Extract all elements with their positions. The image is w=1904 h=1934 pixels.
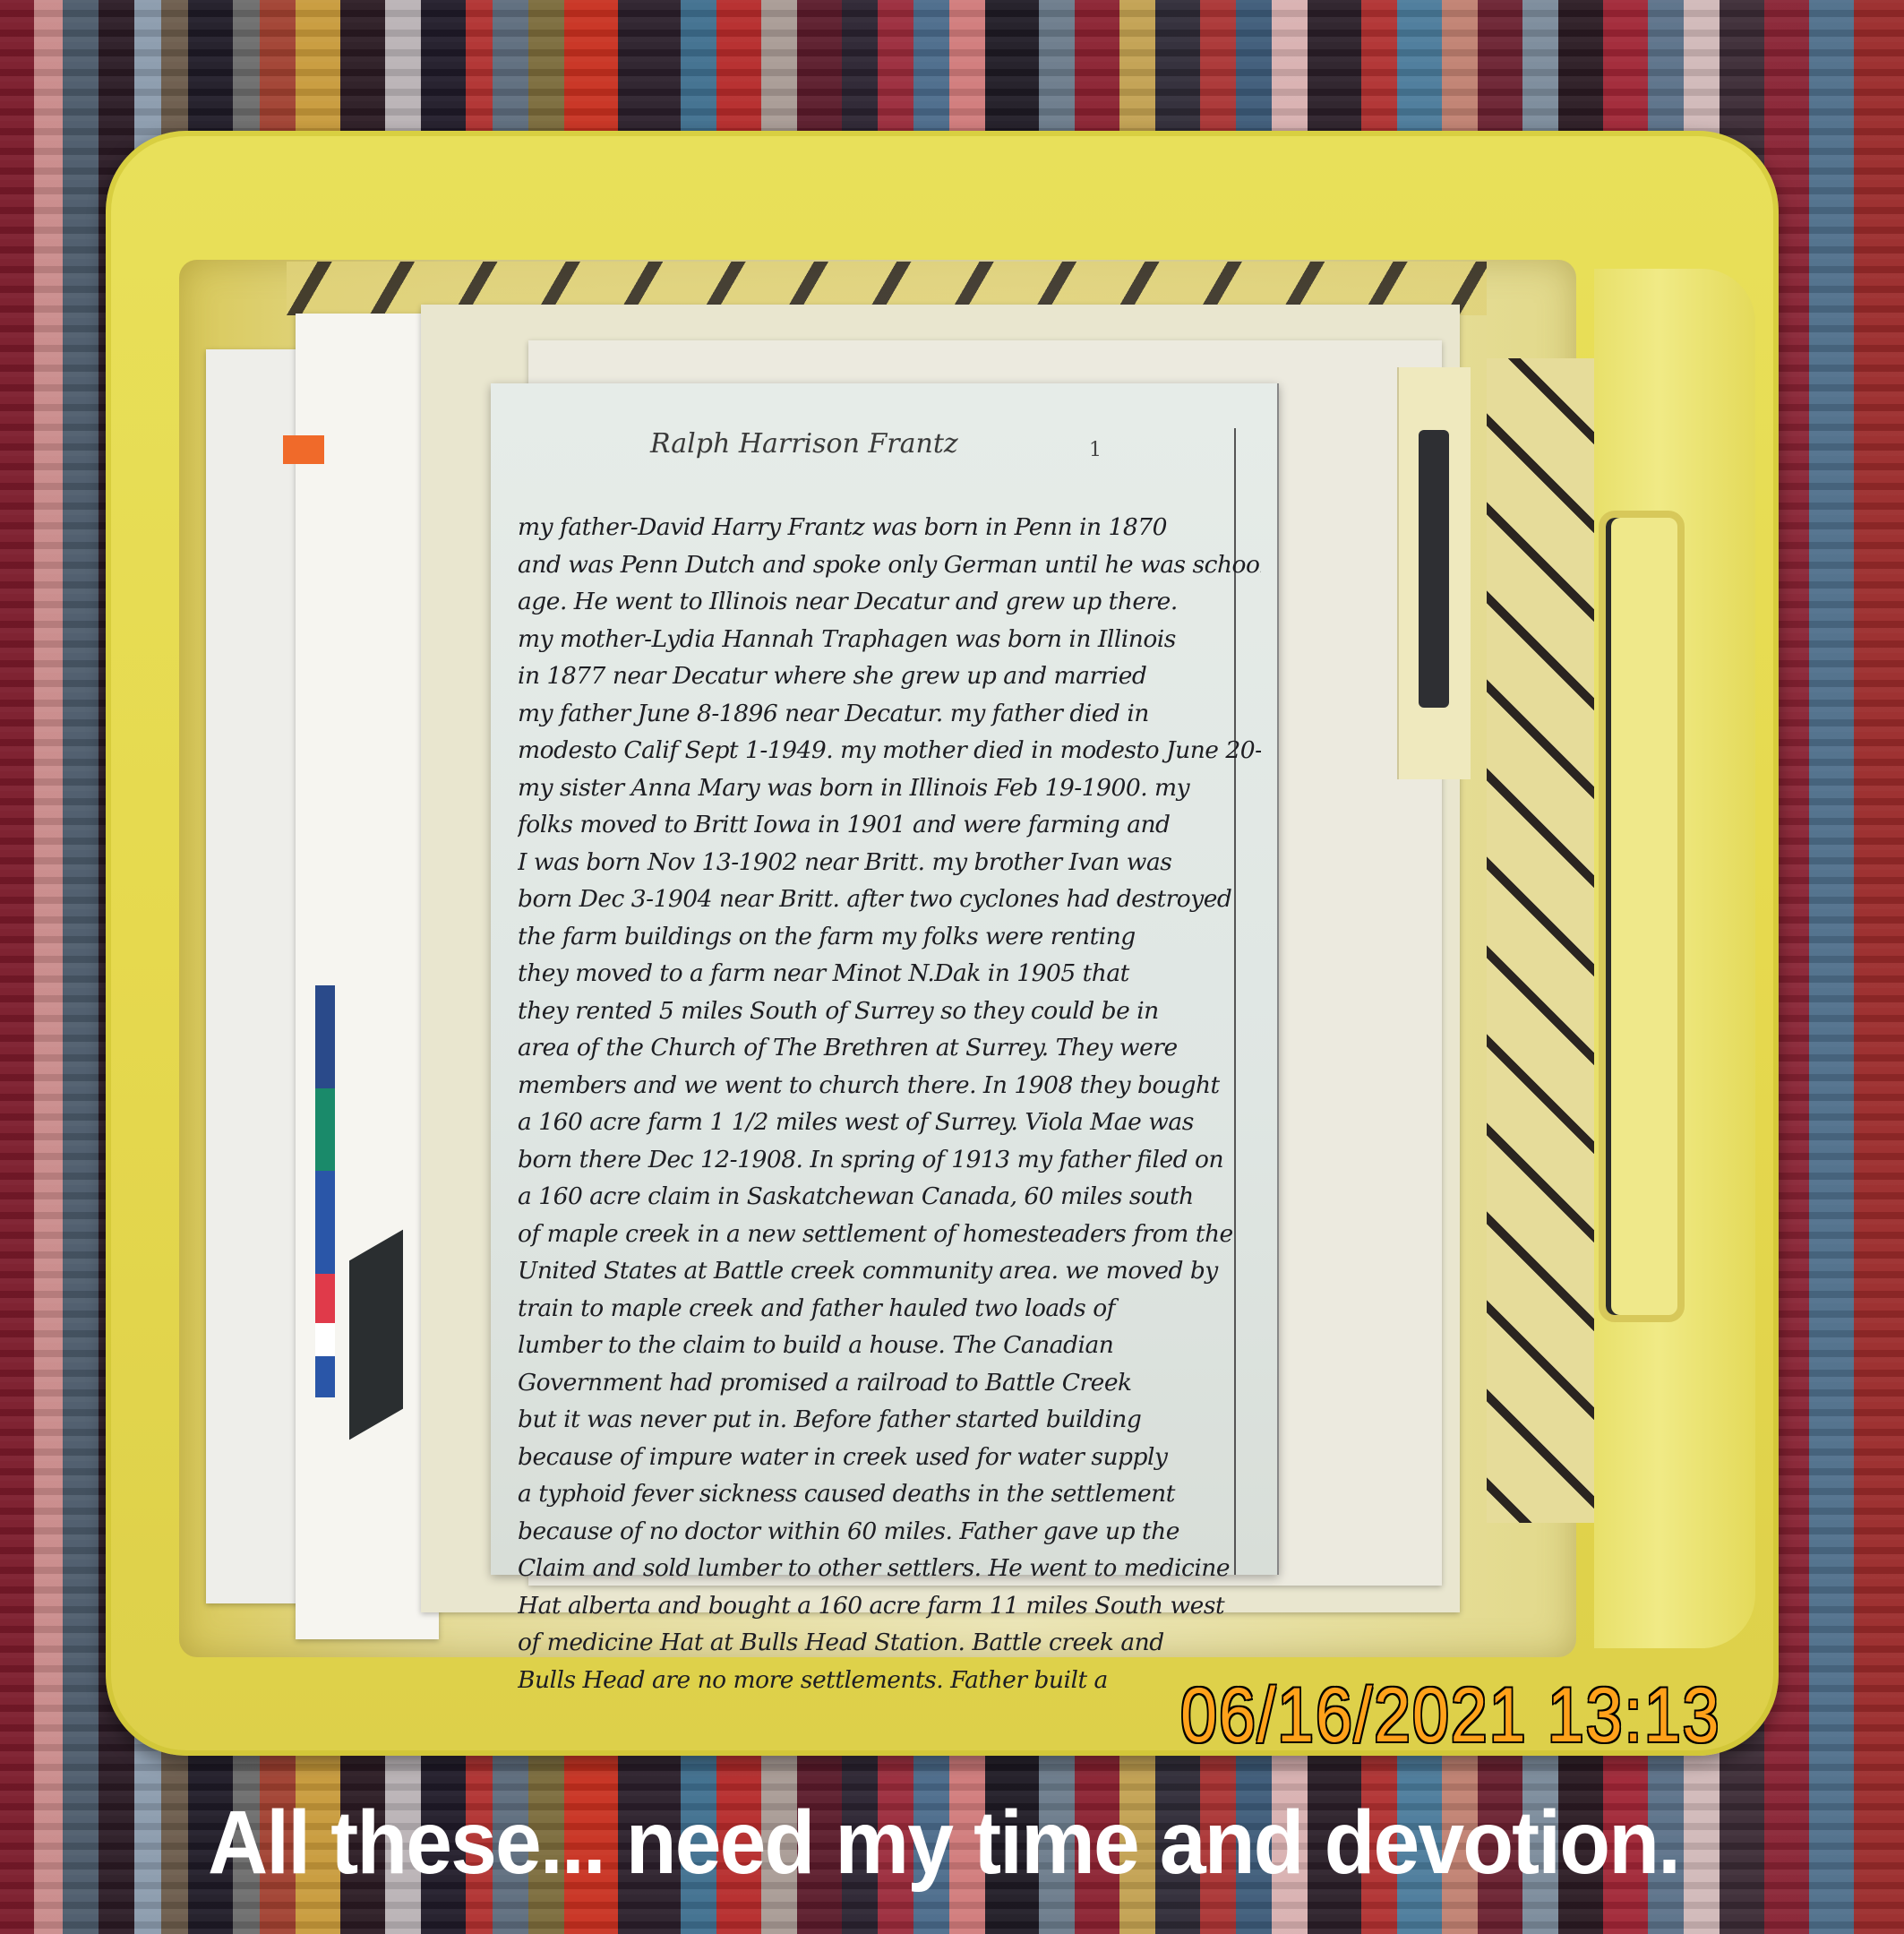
letter-line: Government had promised a railroad to Ba… (518, 1364, 1261, 1402)
letter-line: folks moved to Britt Iowa in 1901 and we… (518, 806, 1261, 844)
letter-line: United States at Battle creek community … (518, 1252, 1261, 1290)
letter-line: I was born Nov 13-1902 near Britt. my br… (518, 844, 1261, 881)
letter-line: lumber to the claim to build a house. Th… (518, 1327, 1261, 1364)
letter-line: the farm buildings on the farm my folks … (518, 918, 1261, 956)
paper-stack-envelope (296, 314, 439, 1639)
letter-line: age. He went to Illinois near Decatur an… (518, 583, 1261, 621)
letter-line: of maple creek in a new settlement of ho… (518, 1216, 1261, 1253)
letter-line: modesto Calif Sept 1-1949. my mother die… (518, 732, 1261, 769)
handwritten-letter: Ralph Harrison Frantz 1 my father-David … (491, 383, 1279, 1575)
letter-line: train to maple creek and father hauled t… (518, 1290, 1261, 1328)
letter-line: my father-David Harry Frantz was born in… (518, 509, 1261, 546)
crate-handle-slot (1599, 511, 1685, 1322)
letter-line: but it was never put in. Before father s… (518, 1401, 1261, 1439)
caption-text: All these... need my time and devotion. (208, 1792, 1679, 1895)
letter-line: born there Dec 12-1908. In spring of 191… (518, 1141, 1261, 1179)
orange-label-tab (283, 435, 324, 464)
letter-line: Bulls Head are no more settlements. Fath… (518, 1662, 1261, 1699)
letter-line: Claim and sold lumber to other settlers.… (518, 1550, 1261, 1587)
letter-line: a 160 acre farm 1 1/2 miles west of Surr… (518, 1104, 1261, 1141)
letter-line: a typhoid fever sickness caused deaths i… (518, 1475, 1261, 1513)
letter-line: members and we went to church there. In … (518, 1067, 1261, 1105)
letter-line: they moved to a farm near Minot N.Dak in… (518, 955, 1261, 993)
letter-line: of medicine Hat at Bulls Head Station. B… (518, 1624, 1261, 1662)
letter-page-number: 1 (1089, 439, 1102, 461)
letter-line: Hat alberta and bought a 160 acre farm 1… (518, 1587, 1261, 1625)
letter-line: area of the Church of The Brethren at Su… (518, 1029, 1261, 1067)
letter-title: Ralph Harrison Frantz (650, 428, 958, 460)
letter-line: my sister Anna Mary was born in Illinois… (518, 769, 1261, 807)
dark-photo-card (349, 1230, 403, 1440)
crate-lattice-right (1487, 358, 1594, 1523)
folder-tab-label-bar (1419, 430, 1449, 708)
letter-line: because of no doctor within 60 miles. Fa… (518, 1513, 1261, 1551)
letter-line: because of impure water in creek used fo… (518, 1439, 1261, 1476)
letter-line: in 1877 near Decatur where she grew up a… (518, 658, 1261, 695)
letter-line: they rented 5 miles South of Surrey so t… (518, 993, 1261, 1030)
letter-line: born Dec 3-1904 near Britt. after two cy… (518, 881, 1261, 918)
date-time-stamp: 06/16/2021 13:13 (1180, 1672, 1720, 1760)
letter-line: my father June 8-1896 near Decatur. my f… (518, 695, 1261, 733)
letter-line: a 160 acre claim in Saskatchewan Canada,… (518, 1178, 1261, 1216)
letter-body: my father-David Harry Frantz was born in… (518, 509, 1261, 1698)
letter-line: and was Penn Dutch and spoke only German… (518, 546, 1261, 584)
file-folder-tab (1397, 367, 1471, 779)
letter-line: my mother-Lydia Hannah Traphagen was bor… (518, 621, 1261, 658)
colored-index-tabs (315, 985, 335, 1397)
